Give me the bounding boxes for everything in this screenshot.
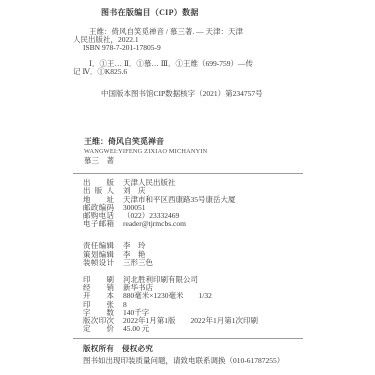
row-label: 电子邮箱 xyxy=(83,220,114,228)
book-title-block: 王维：倚风自笑觅禅音 WANGWEI:YIFENG ZIXIAO MICHANY… xyxy=(84,136,303,166)
info-row-price: 定价 45.00 元 xyxy=(73,325,303,333)
quality-notice: 图书如出现印装质量问题，请致电联系调换（010-61787255） xyxy=(83,356,303,365)
cip-classification: Ⅰ．①王… Ⅱ．①慕… Ⅲ．①王维（699-759）—传 记 Ⅳ．①K825.6 xyxy=(73,60,303,76)
printing-info: 印刷 河北胜利印刷有限公司 经销 新华书店 开本 880毫米×1230毫米 1/… xyxy=(73,276,303,333)
row-value: 880毫米×1230毫米 1/32 xyxy=(123,292,212,300)
isbn-line: ISBN 978-7-201-17805-9 xyxy=(73,44,303,52)
divider-top xyxy=(73,173,303,174)
publisher-info: 出版 天津人民出版社 出版人 刘 庆 地址 天津市和平区西康路35号康岳大厦 邮… xyxy=(73,179,303,228)
book-title-pinyin: WANGWEI:YIFENG ZIXIAO MICHANYIN xyxy=(84,147,303,156)
row-value: 45.00 元 xyxy=(123,325,149,333)
cip-entry: 王维：倚风自笑觅禅音 / 慕三著. — 天津：天津 人民出版社，2022.1 I… xyxy=(73,28,303,51)
row-label: 定价 xyxy=(83,325,114,333)
divider-bottom xyxy=(73,338,303,339)
copyright-notice: 版权所有 侵权必究 xyxy=(83,344,303,354)
cip-record-number: 中国版本图书馆CIP数据核字（2021）第234757号 xyxy=(101,90,303,98)
row-label: 装帧设计 xyxy=(83,259,114,267)
footer-notices: 版权所有 侵权必究 图书如出现印装质量问题，请致电联系调换（010-617872… xyxy=(73,344,303,365)
book-title: 王维：倚风自笑觅禅音 xyxy=(84,136,303,147)
book-author: 慕三 著 xyxy=(84,156,303,166)
row-value: 三形三色 xyxy=(123,259,153,267)
row-value: reader@tjrmcbs.com xyxy=(123,220,186,228)
editor-info: 责任编辑 李 玲 策划编辑 李 艳 装帧设计 三形三色 xyxy=(73,242,303,267)
cip-heading: 图书在版编目（CIP）数据 xyxy=(101,9,303,17)
info-row-design: 装帧设计 三形三色 xyxy=(73,259,303,267)
copyright-page: 图书在版编目（CIP）数据 王维：倚风自笑觅禅音 / 慕三著. — 天津：天津 … xyxy=(73,0,303,365)
info-row-email: 电子邮箱 reader@tjrmcbs.com xyxy=(73,220,303,228)
classification-line-2: 记 Ⅳ．①K825.6 xyxy=(73,68,303,76)
